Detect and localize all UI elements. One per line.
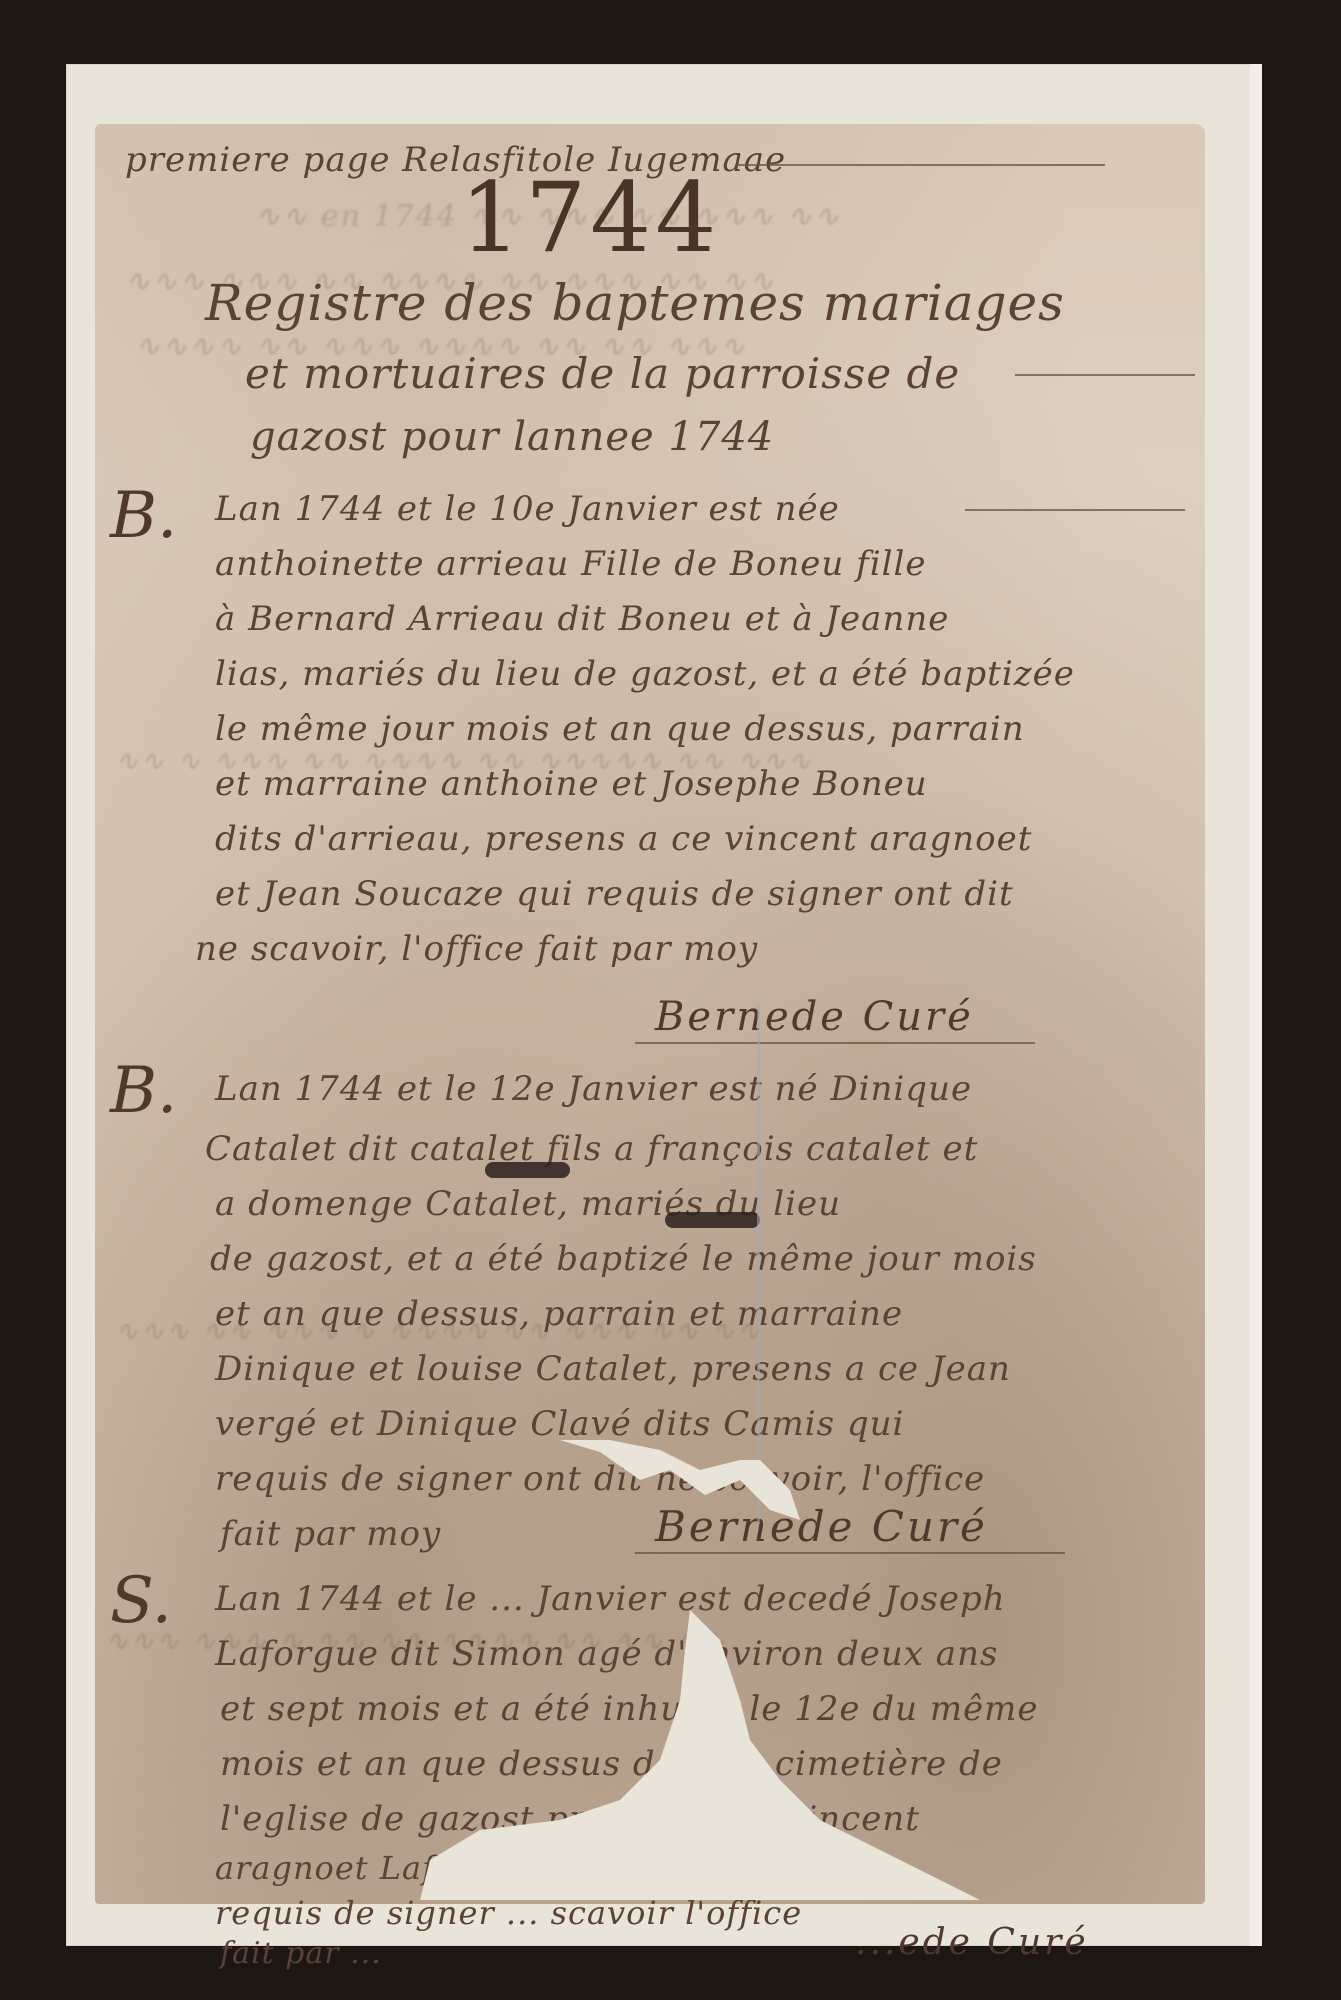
paper-tear-shapes (0, 0, 1341, 2000)
